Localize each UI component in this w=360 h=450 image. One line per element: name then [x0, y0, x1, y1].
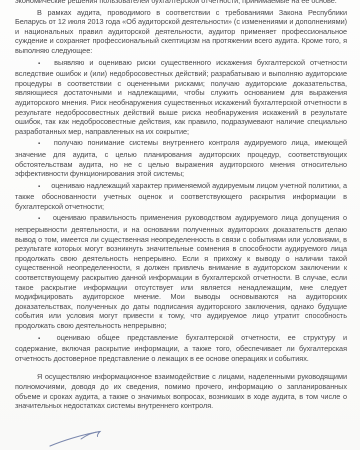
paragraph: В рамках аудита, проводимого в соответст…: [15, 8, 347, 56]
bullet-icon: ▪: [38, 336, 57, 342]
bullet-item: ▪выявляю и оцениваю риски существенного …: [15, 58, 347, 137]
document-text: экономические решения пользователей бухг…: [15, 0, 347, 411]
bullet-item: ▪оцениваю правильность применения руково…: [15, 213, 347, 330]
signature-stroke: [48, 427, 114, 449]
bullet-item: ▪оцениваю надлежащий характер применяемо…: [15, 181, 347, 212]
paragraph: Я осуществляю информационное взаимодейст…: [15, 372, 347, 410]
bullet-icon: ▪: [38, 141, 54, 147]
paragraph: экономические решения пользователей бухг…: [15, 0, 347, 6]
bullet-item: ▪получаю понимание системы внутреннего к…: [15, 138, 347, 178]
bullet-icon: ▪: [38, 61, 54, 67]
scanned-document-page: экономические решения пользователей бухг…: [0, 0, 360, 450]
bullet-icon: ▪: [38, 216, 53, 222]
bullet-item: ▪оцениваю общее представление бухгалтерс…: [15, 333, 347, 364]
bullet-icon: ▪: [38, 184, 51, 190]
